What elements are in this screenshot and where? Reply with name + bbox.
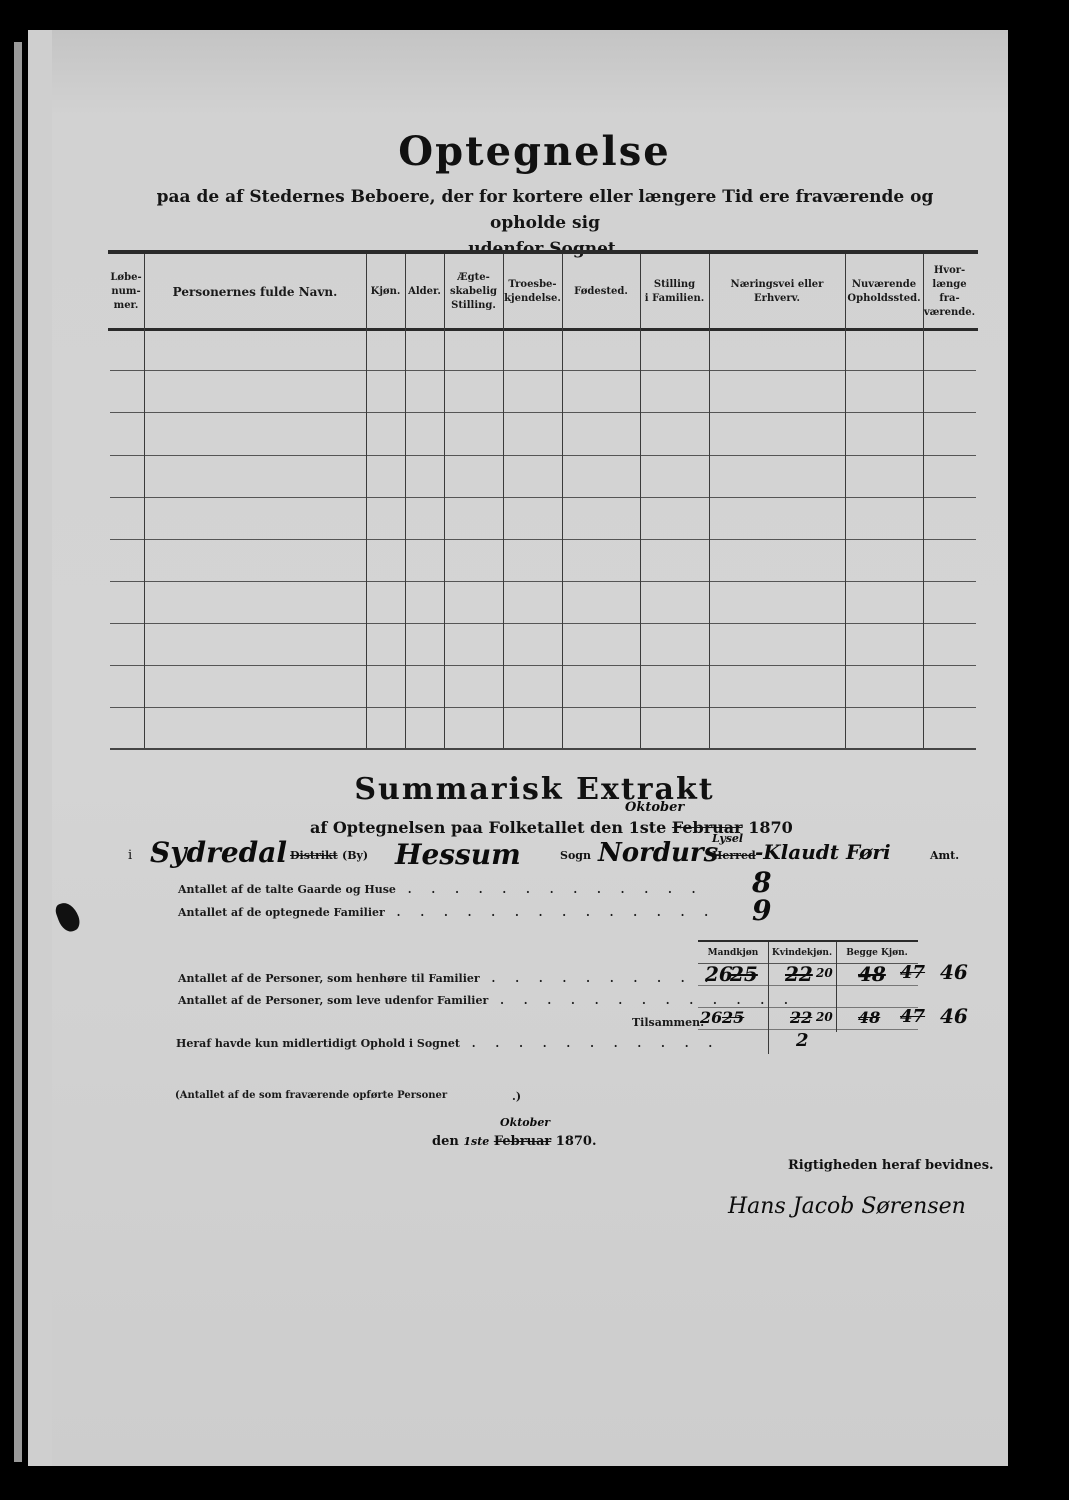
header-both: Begge Kjøn.: [836, 943, 918, 963]
families-label: Antallet af de optegnede Familier . . . …: [178, 906, 716, 919]
families-text: Antallet af de optegnede Familier: [178, 906, 385, 919]
table-col-divider: [144, 254, 145, 748]
families-both-struck: 48: [858, 962, 886, 986]
families-female-struck: 22: [785, 962, 813, 986]
col-header-number: Løbe- num- mer.: [108, 256, 144, 328]
summary-title: Summarisk Extrakt: [0, 772, 1069, 807]
col-header-occupation: Næringsvei eller Erhverv.: [709, 256, 845, 328]
families-male-struck: 25: [730, 962, 758, 986]
families-female-value: 20: [816, 966, 833, 980]
farms-houses-label: Antallet af de talte Gaarde og Huse . . …: [178, 883, 704, 896]
table-row-line: [110, 623, 976, 624]
families-total-value: 46: [940, 960, 968, 984]
table-col-divider: [503, 254, 504, 748]
persons-outside-families-label: Antallet af de Personer, som leve udenfo…: [178, 994, 796, 1007]
herred-correction: Lysel: [712, 832, 743, 845]
subtitle-line-1: paa de af Stedernes Beboere, der for kor…: [130, 184, 960, 236]
total-label: Tilsammen:: [632, 1016, 704, 1029]
herred-handwritten: Nordurs: [598, 838, 718, 868]
total-male-struck: 25: [722, 1008, 744, 1027]
table-row-line: [110, 581, 976, 582]
date-year: 1870.: [556, 1134, 597, 1149]
table-row-line: [110, 707, 976, 708]
certification-text: Rigtigheden heraf bevidnes.: [788, 1158, 994, 1173]
farms-houses-text: Antallet af de talte Gaarde og Huse: [178, 883, 396, 896]
date-day: 1ste: [463, 1135, 489, 1148]
signing-date: den 1ste Februar 1870.: [432, 1134, 597, 1149]
table-col-divider: [923, 254, 924, 748]
header-female: Kvindekjøn.: [768, 943, 836, 963]
location-prefix: i: [128, 848, 132, 863]
table-col-divider: [405, 254, 406, 748]
parish-handwritten: Hessum: [395, 838, 521, 871]
temporary-female-value: 2: [796, 1030, 809, 1051]
table-col-divider: [709, 254, 710, 748]
by-label: (By): [342, 849, 368, 862]
total-both-struck-2: 47: [900, 1006, 925, 1027]
table-row-line: [110, 455, 976, 456]
persons-in-families-text: Antallet af de Personer, som henhøre til…: [178, 972, 480, 985]
table-header-rule: [108, 328, 978, 331]
col-header-current-residence: Nuværende Opholdssted.: [845, 256, 923, 328]
date-month-handwritten: Oktober: [500, 1116, 550, 1129]
district-handwritten: Sydredal: [150, 836, 287, 869]
date-prefix: den: [432, 1134, 459, 1149]
absent-persons-close: .): [512, 1090, 521, 1103]
table-row-line: [110, 370, 976, 371]
summary-month-handwritten: Oktober: [625, 800, 684, 815]
absent-persons-note: (Antallet af de som fraværende opførte P…: [175, 1090, 447, 1101]
table-col-divider: [640, 254, 641, 748]
total-both-value: 46: [940, 1004, 968, 1028]
table-bottom-rule: [110, 748, 976, 750]
gender-table-top-rule: [698, 940, 918, 942]
total-female-struck: 22: [790, 1008, 812, 1027]
table-col-divider: [444, 254, 445, 748]
amt-handwritten: -Klaudt Føri: [755, 840, 891, 864]
families-male-value: 26: [705, 962, 733, 986]
persons-outside-families-text: Antallet af de Personer, som leve udenfo…: [178, 994, 488, 1007]
signature: Hans Jacob Sørensen: [728, 1194, 966, 1219]
col-header-birthplace: Fødested.: [562, 256, 640, 328]
col-header-full-name: Personernes fulde Navn.: [144, 256, 366, 328]
temporary-stay-text: Heraf havde kun midlertidigt Ophold i So…: [176, 1037, 460, 1050]
total-male-value: 26: [700, 1008, 722, 1027]
table-col-divider: [562, 254, 563, 748]
families-both-struck-2: 47: [900, 962, 925, 983]
district-label: Distrikt: [290, 849, 338, 862]
herred-label: Herred: [712, 849, 756, 862]
col-header-absence-duration: Hvor- længe fra- værende.: [923, 256, 976, 328]
persons-in-families-label: Antallet af de Personer, som henhøre til…: [178, 972, 716, 985]
page-stack-edge: [14, 42, 22, 1462]
table-col-divider: [845, 254, 846, 748]
table-top-rule: [108, 250, 978, 254]
amt-label: Amt.: [930, 849, 959, 862]
families-value: 9: [752, 894, 771, 927]
table-row-line: [110, 412, 976, 413]
total-female-value: 20: [816, 1010, 833, 1024]
summary-subtitle-prefix: af Optegnelsen paa Folketallet den 1ste: [310, 818, 666, 837]
parish-label: Sogn: [560, 849, 591, 862]
col-header-family-position: Stilling i Familien.: [640, 256, 709, 328]
col-header-religion: Troesbe- kjendelse.: [503, 256, 562, 328]
table-row-line: [110, 497, 976, 498]
col-header-age: Alder.: [405, 256, 444, 328]
col-header-marital-status: Ægte- skabelig Stilling.: [444, 256, 503, 328]
table-row-line: [110, 539, 976, 540]
date-month-printed: Februar: [494, 1134, 551, 1149]
temporary-stay-label: Heraf havde kun midlertidigt Ophold i So…: [176, 1037, 720, 1050]
total-both-struck: 48: [858, 1008, 880, 1027]
table-col-divider: [366, 254, 367, 748]
summary-year: 1870: [748, 818, 793, 837]
document-title: Optegnelse: [0, 128, 1069, 175]
header-male: Mandkjøn: [698, 943, 768, 963]
col-header-sex: Kjøn.: [366, 256, 405, 328]
table-row-line: [110, 665, 976, 666]
